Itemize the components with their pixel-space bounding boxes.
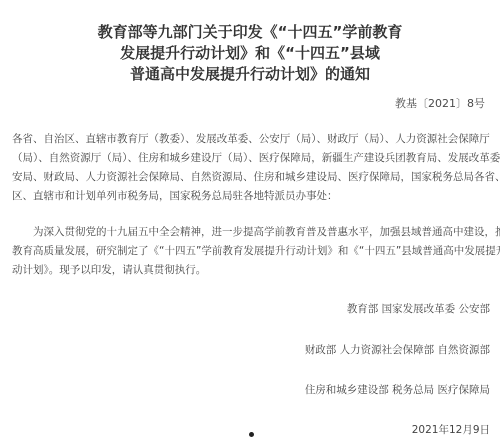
addressee-line: 区、直辖市和计划单列市税务局，国家税务总局驻各地特派员办事处： — [12, 187, 488, 206]
addressee-line: （局）、自然资源厅（局）、住房和城乡建设厅（局）、医疗保障局，新疆生产建设兵团教… — [12, 149, 488, 168]
body-line: 为深入贯彻党的十九届五中全会精神，进一步提高学前教育普及普惠水平，加强县域普通高… — [12, 223, 488, 242]
addressee-line: 各省、自治区、直辖市教育厅（教委）、发展改革委、公安厅（局）、财政厅（局）、人力… — [12, 130, 488, 149]
body-paragraph: 为深入贯彻党的十九届五中全会精神，进一步提高学前教育普及普惠水平，加强县域普通高… — [12, 223, 488, 280]
title-line: 发展提升行动计划》和《“十四五”县域 — [0, 43, 500, 64]
notice-document: 教育部等九部门关于印发《“十四五”学前教育 发展提升行动计划》和《“十四五”县域… — [0, 0, 500, 441]
issue-date: 2021年12月9日 — [412, 422, 490, 437]
signature-line: 教育部 国家发展改革委 公安部 — [347, 301, 490, 316]
addressee-block: 各省、自治区、直辖市教育厅（教委）、发展改革委、公安厅（局）、财政厅（局）、人力… — [12, 130, 488, 206]
document-title: 教育部等九部门关于印发《“十四五”学前教育 发展提升行动计划》和《“十四五”县域… — [0, 22, 500, 85]
signature-line: 财政部 人力资源社会保障部 自然资源部 — [305, 342, 490, 357]
page-dot-icon[interactable] — [249, 432, 254, 437]
signature-line: 住房和城乡建设部 税务总局 医疗保障局 — [305, 382, 490, 397]
body-line: 动计划》。现予以印发，请认真贯彻执行。 — [12, 261, 488, 280]
title-line: 普通高中发展提升行动计划》的通知 — [0, 64, 500, 85]
body-line: 教育高质量发展，研究制定了《“十四五”学前教育发展提升行动计划》和《“十四五”县… — [12, 242, 488, 261]
addressee-line: 安局、财政局、人力资源社会保障局、自然资源局、住房和城乡建设局、医疗保障局，国家… — [12, 168, 488, 187]
document-number: 教基〔2021〕8号 — [395, 95, 485, 111]
title-line: 教育部等九部门关于印发《“十四五”学前教育 — [0, 22, 500, 43]
